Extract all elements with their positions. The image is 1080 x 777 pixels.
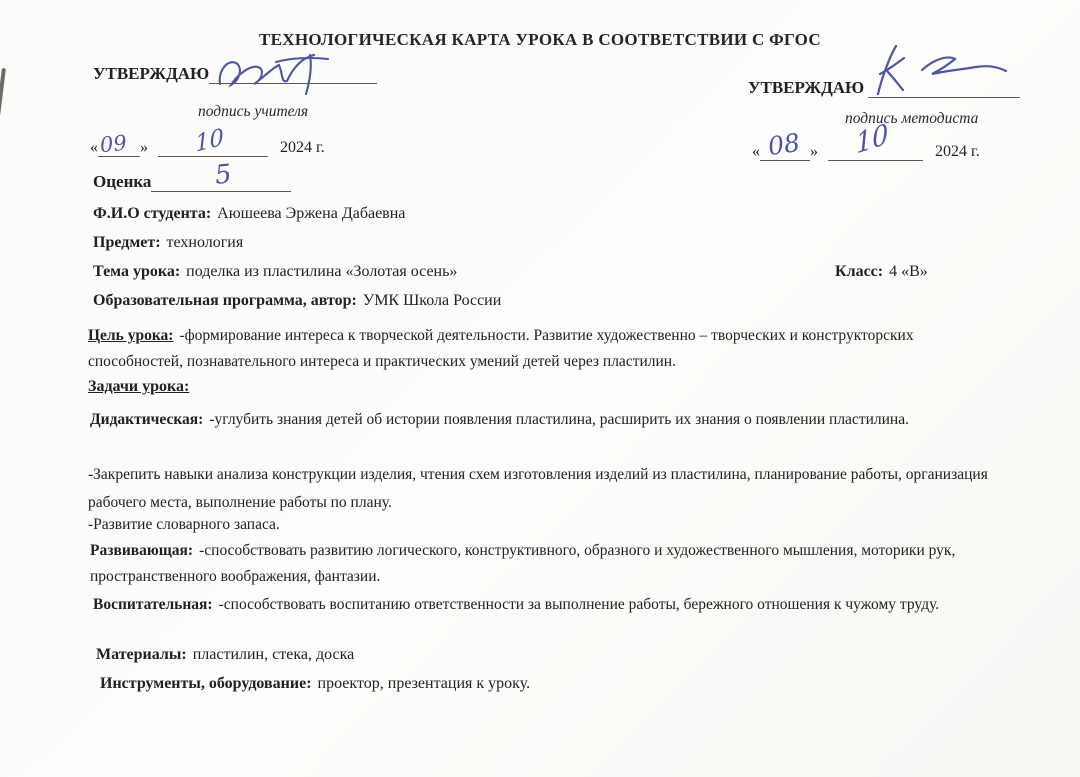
class-label: Класс:: [835, 263, 883, 280]
subject-value: технология: [167, 234, 244, 251]
task-fix-paragraph: -Закрепить навыки анализа конструкции из…: [88, 461, 1018, 517]
approve-right-label: УТВЕРЖДАЮ: [748, 78, 864, 97]
date-left-month-line: [158, 138, 268, 157]
quote-close: »: [140, 139, 148, 156]
scan-edge-artifact: [0, 68, 6, 116]
quote-close: »: [810, 143, 818, 160]
date-right-year: 2024 г.: [935, 143, 980, 160]
topic-value: поделка из пластилина «Золотая осень»: [186, 263, 457, 280]
topic-label: Тема урока:: [93, 263, 180, 280]
goal-paragraph: Цель урока:-формирование интереса к твор…: [88, 323, 993, 375]
materials-field: Материалы:пластилин, стека, доска: [96, 646, 354, 664]
date-left-day-line: [98, 138, 140, 157]
tools-label: Инструменты, оборудование:: [100, 675, 312, 692]
program-field: Образовательная программа, автор:УМК Шко…: [93, 292, 501, 310]
quote-open: «: [90, 139, 98, 156]
task-vocab-paragraph: -Развитие словарного запаса.: [88, 512, 1018, 538]
subject-field: Предмет:технология: [93, 234, 243, 252]
educational-label: Воспитательная:: [93, 596, 213, 613]
tasks-header: Задачи урока:: [88, 378, 189, 396]
quote-open: «: [752, 143, 760, 160]
date-left-row: «» 2024 г.: [90, 138, 325, 157]
tools-value: проектор, презентация к уроку.: [318, 675, 531, 692]
approve-left-row: УТВЕРЖДАЮ: [93, 64, 377, 84]
student-name-field: Ф.И.О студента:Аюшеева Эржена Дабаевна: [93, 205, 405, 223]
goal-text: -формирование интереса к творческой деят…: [88, 327, 914, 370]
approve-left-caption: подпись учителя: [198, 103, 308, 121]
approve-right-caption: подпись методиста: [845, 110, 978, 128]
developing-label: Развивающая:: [90, 542, 193, 559]
date-left-year: 2024 г.: [280, 139, 325, 156]
materials-label: Материалы:: [96, 646, 187, 663]
grade-label: Оценка: [93, 172, 151, 191]
didactic-text: -углубить знания детей об истории появле…: [209, 411, 909, 428]
didactic-paragraph: Дидактическая:-углубить знания детей об …: [90, 407, 1010, 433]
program-value: УМК Школа России: [363, 292, 501, 309]
grade-row: Оценка: [93, 172, 291, 192]
topic-field: Тема урока:поделка из пластилина «Золота…: [93, 263, 457, 281]
student-name-label: Ф.И.О студента:: [93, 205, 211, 222]
approve-right-row: УТВЕРЖДАЮ: [748, 78, 1020, 98]
program-label: Образовательная программа, автор:: [93, 292, 357, 309]
developing-paragraph: Развивающая:-способствовать развитию лог…: [90, 538, 1010, 590]
developing-text: -способствовать развитию логического, ко…: [90, 542, 955, 585]
approve-left-signature-line: [209, 65, 377, 84]
class-field: Класс:4 «В»: [835, 263, 928, 281]
goal-label: Цель урока:: [88, 327, 173, 344]
tools-field: Инструменты, оборудование:проектор, през…: [100, 675, 530, 693]
educational-text: -способствовать воспитанию ответственнос…: [219, 596, 940, 613]
grade-line: [151, 173, 291, 192]
approve-right-signature-line: [868, 79, 1020, 98]
date-right-day-line: [760, 142, 810, 161]
student-name-value: Аюшеева Эржена Дабаевна: [217, 205, 405, 222]
class-value: 4 «В»: [889, 263, 928, 280]
scanned-document-page: ТЕХНОЛОГИЧЕСКАЯ КАРТА УРОКА В СООТВЕТСТВ…: [0, 0, 1080, 777]
date-right-row: «» 2024 г.: [752, 142, 980, 161]
materials-value: пластилин, стека, доска: [193, 646, 355, 663]
document-title: ТЕХНОЛОГИЧЕСКАЯ КАРТА УРОКА В СООТВЕТСТВ…: [0, 30, 1080, 50]
educational-paragraph: Воспитательная:-способствовать воспитани…: [93, 592, 1018, 618]
subject-label: Предмет:: [93, 234, 161, 251]
approve-left-label: УТВЕРЖДАЮ: [93, 64, 209, 83]
didactic-label: Дидактическая:: [90, 411, 203, 428]
date-right-month-line: [828, 142, 923, 161]
